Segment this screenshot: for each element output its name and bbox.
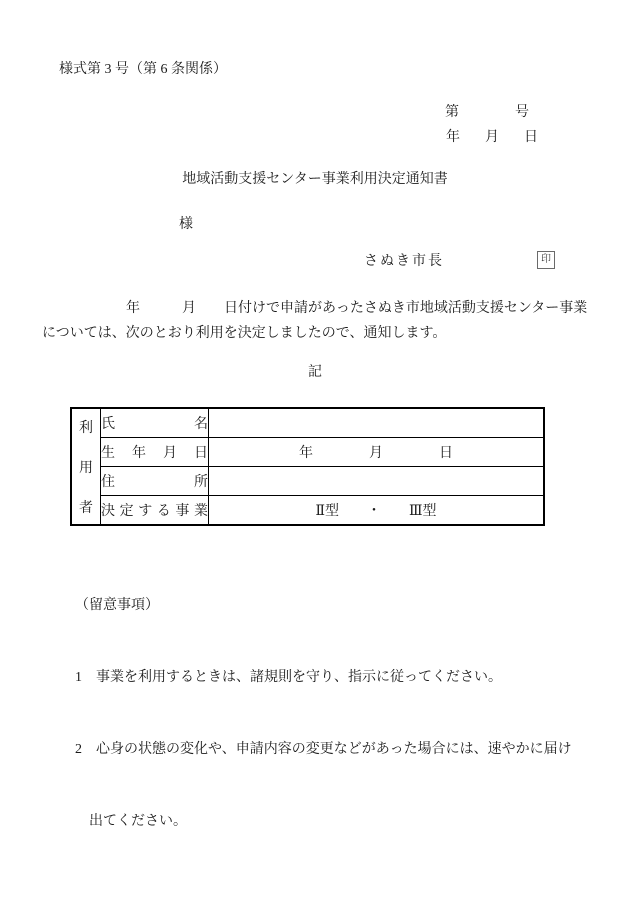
table-row-decided-service: 決定する事業 Ⅱ型 ・ Ⅲ型 (71, 496, 544, 526)
issue-date-year: 年 (446, 129, 460, 148)
note-item-2: 2 心身の状態の変化や、申請内容の変更などがあった場合には、速やかに届け (75, 738, 572, 762)
issue-date-line: 年 月 日 (446, 129, 538, 148)
table-row-address: 住所 (71, 467, 544, 496)
notes-heading: （留意事項） (75, 594, 572, 618)
issue-date-month: 月 (485, 129, 499, 148)
row-group-char-2: 用 (79, 457, 93, 477)
issue-date-day: 日 (524, 129, 538, 148)
table-row-name: 利 用 者 氏名 (71, 408, 544, 438)
row-group-char-1: 利 (79, 417, 93, 437)
document-title: 地域活動支援センター事業利用決定通知書 (0, 171, 630, 190)
record-heading: 記 (0, 364, 630, 383)
row-group-user: 利 用 者 (71, 408, 101, 525)
label-birthdate: 生年月日 (101, 438, 209, 467)
document-page: 様式第 3 号（第 6 条関係） 第 号 年 月 日 地域活動支援センター事業利… (0, 0, 630, 903)
label-decided-service: 決定する事業 (101, 496, 209, 526)
value-name (209, 408, 545, 438)
label-address: 住所 (101, 467, 209, 496)
document-number-line: 第 号 (445, 104, 529, 123)
row-group-user-label: 利 用 者 (72, 412, 100, 522)
addressee-honorific: 様 (179, 216, 193, 235)
body-paragraph-line2: については、次のとおり利用を決定しましたので、通知します。 (42, 325, 446, 344)
form-number: 様式第 3 号（第 6 条関係） (59, 61, 227, 80)
label-name: 氏名 (101, 408, 209, 438)
seal-icon: 印 (537, 251, 555, 269)
note-item-1: 1 事業を利用するときは、諸規則を守り、指示に従ってください。 (75, 666, 572, 690)
user-info-table: 利 用 者 氏名 生年月日 年 月 日 住所 決定する事業 Ⅱ型 ・ Ⅲ型 (70, 407, 545, 526)
note-item-2-continued: 出てください。 (75, 810, 572, 834)
table-row-birthdate: 生年月日 年 月 日 (71, 438, 544, 467)
row-group-char-3: 者 (79, 497, 93, 517)
notes-section: （留意事項） 1 事業を利用するときは、諸規則を守り、指示に従ってください。 2… (75, 546, 572, 882)
value-address (209, 467, 545, 496)
value-decided-service: Ⅱ型 ・ Ⅲ型 (209, 496, 545, 526)
sender-name: さぬき市長 (364, 253, 444, 272)
value-birthdate: 年 月 日 (209, 438, 545, 467)
body-paragraph-line1: 年 月 日付けで申請があったさぬき市地域活動支援センター事業 (42, 300, 587, 319)
